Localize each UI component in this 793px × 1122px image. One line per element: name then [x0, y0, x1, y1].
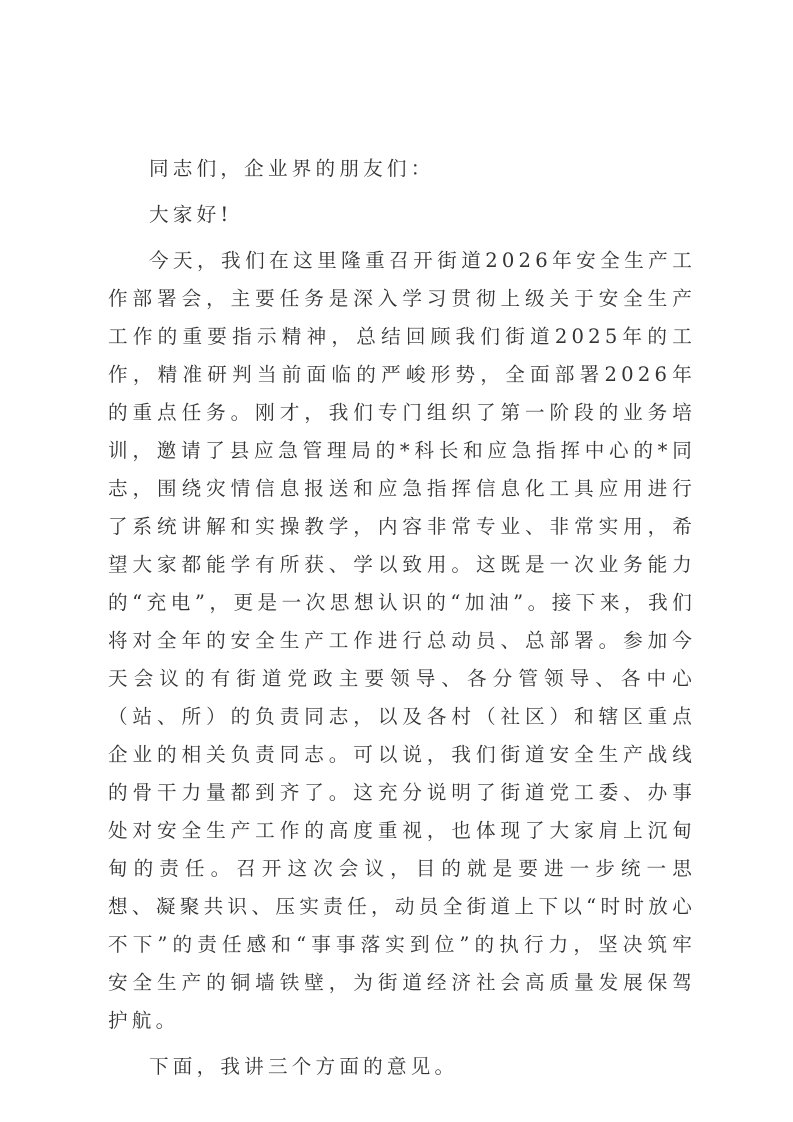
body-paragraph: 今天，我们在这里隆重召开街道2026年安全生产工作部署会，主要任务是深入学习贯彻… — [108, 242, 696, 1040]
document-page: 同志们，企业界的朋友们： 大家好! 今天，我们在这里隆重召开街道2026年安全生… — [108, 150, 696, 1094]
closing-paragraph: 下面，我讲三个方面的意见。 — [108, 1048, 696, 1086]
salutation: 同志们，企业界的朋友们： — [108, 150, 696, 188]
greeting: 大家好! — [108, 196, 696, 234]
